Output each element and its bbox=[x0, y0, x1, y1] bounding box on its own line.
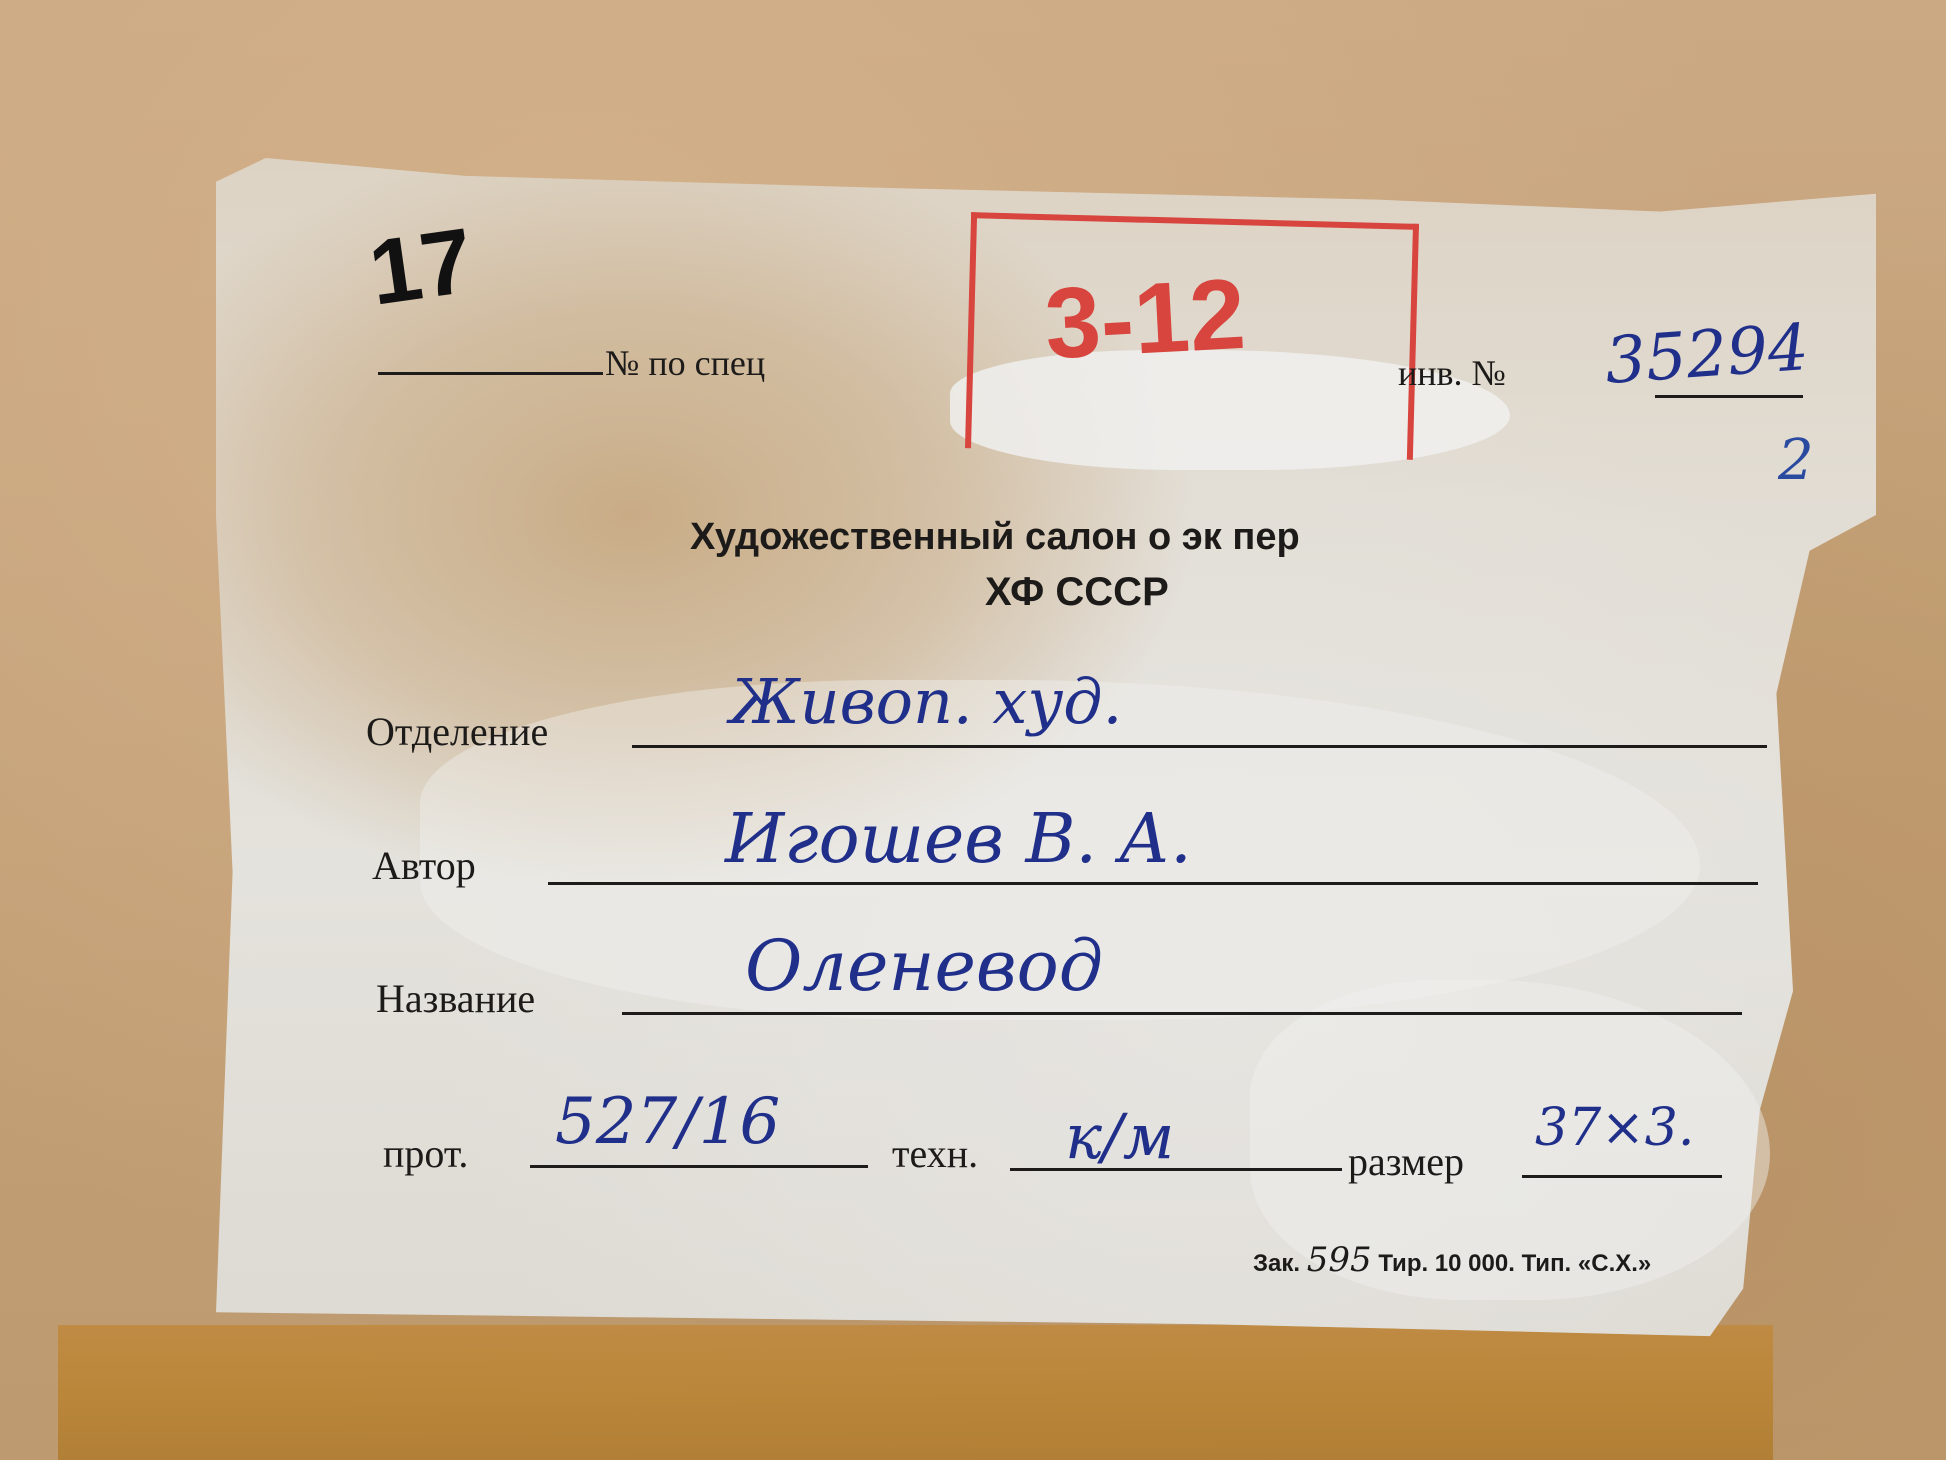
author-underline bbox=[548, 882, 1758, 885]
protocol-value: 527/16 bbox=[555, 1085, 780, 1159]
technique-underline bbox=[1010, 1168, 1342, 1171]
field-label-author: Автор bbox=[372, 842, 476, 889]
size-underline bbox=[1522, 1175, 1722, 1178]
field-value-author: Игошев В. А. bbox=[725, 800, 1192, 879]
title-underline bbox=[622, 1012, 1742, 1015]
imprint-printer: Тип. «С.Х.» bbox=[1522, 1250, 1652, 1277]
imprint-order-value: 595 bbox=[1307, 1240, 1372, 1280]
inventory-label: инв. № bbox=[1398, 352, 1506, 394]
technique-label: техн. bbox=[892, 1130, 978, 1177]
spec-underline bbox=[378, 372, 603, 375]
organization-line2: ХФ СССР bbox=[985, 570, 1169, 615]
inventory-underline bbox=[1655, 395, 1803, 398]
protocol-underline bbox=[530, 1165, 868, 1168]
spec-label: № по спец bbox=[605, 342, 765, 384]
department-underline bbox=[632, 745, 1767, 748]
field-label-department: Отделение bbox=[366, 708, 548, 755]
inventory-value: 35294 bbox=[1603, 311, 1811, 399]
size-value: 37×3. bbox=[1535, 1098, 1694, 1158]
field-value-department: Живоп. худ. bbox=[730, 665, 1122, 738]
imprint-order-label: Зак. bbox=[1253, 1250, 1300, 1277]
organization-line1: Художественный салон о эк пер bbox=[690, 516, 1300, 559]
imprint-print-run: Тир. 10 000. bbox=[1378, 1250, 1515, 1277]
stamp-value: 3-12 bbox=[1042, 257, 1248, 382]
field-label-title: Название bbox=[376, 975, 535, 1022]
technique-value: к/м bbox=[1065, 1100, 1174, 1173]
protocol-label: прот. bbox=[383, 1130, 468, 1177]
packing-tape bbox=[58, 1325, 1773, 1460]
corner-number: 17 bbox=[363, 208, 479, 326]
field-value-title: Оленевод bbox=[745, 925, 1103, 1007]
inventory-sub: 2 bbox=[1778, 428, 1814, 493]
imprint-line: Зак. 595 Тир. 10 000. Тип. «С.Х.» bbox=[1253, 1240, 1651, 1280]
size-label: размер bbox=[1348, 1138, 1464, 1185]
